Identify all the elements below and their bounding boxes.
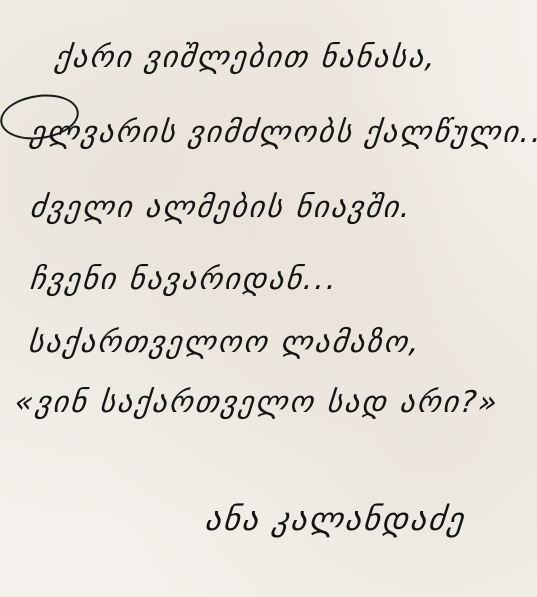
poem-line-1: ქარი ვიშლებით ნანასა,: [53, 40, 439, 75]
poem-line-5: საქართველოო ლამაზო,: [26, 325, 423, 360]
poem-line-3: ძველი ალმების ნიავში.: [28, 190, 414, 225]
poem-line-4: ჩვენი ნავარიდან...: [28, 262, 340, 297]
author-signature: ანა კალანდაძე: [203, 500, 467, 538]
poem-line-2: ელვარის ვიმძლობს ქალწული...: [28, 115, 537, 150]
poem-line-6: «ვინ საქართველო სად არი?»: [13, 385, 500, 420]
